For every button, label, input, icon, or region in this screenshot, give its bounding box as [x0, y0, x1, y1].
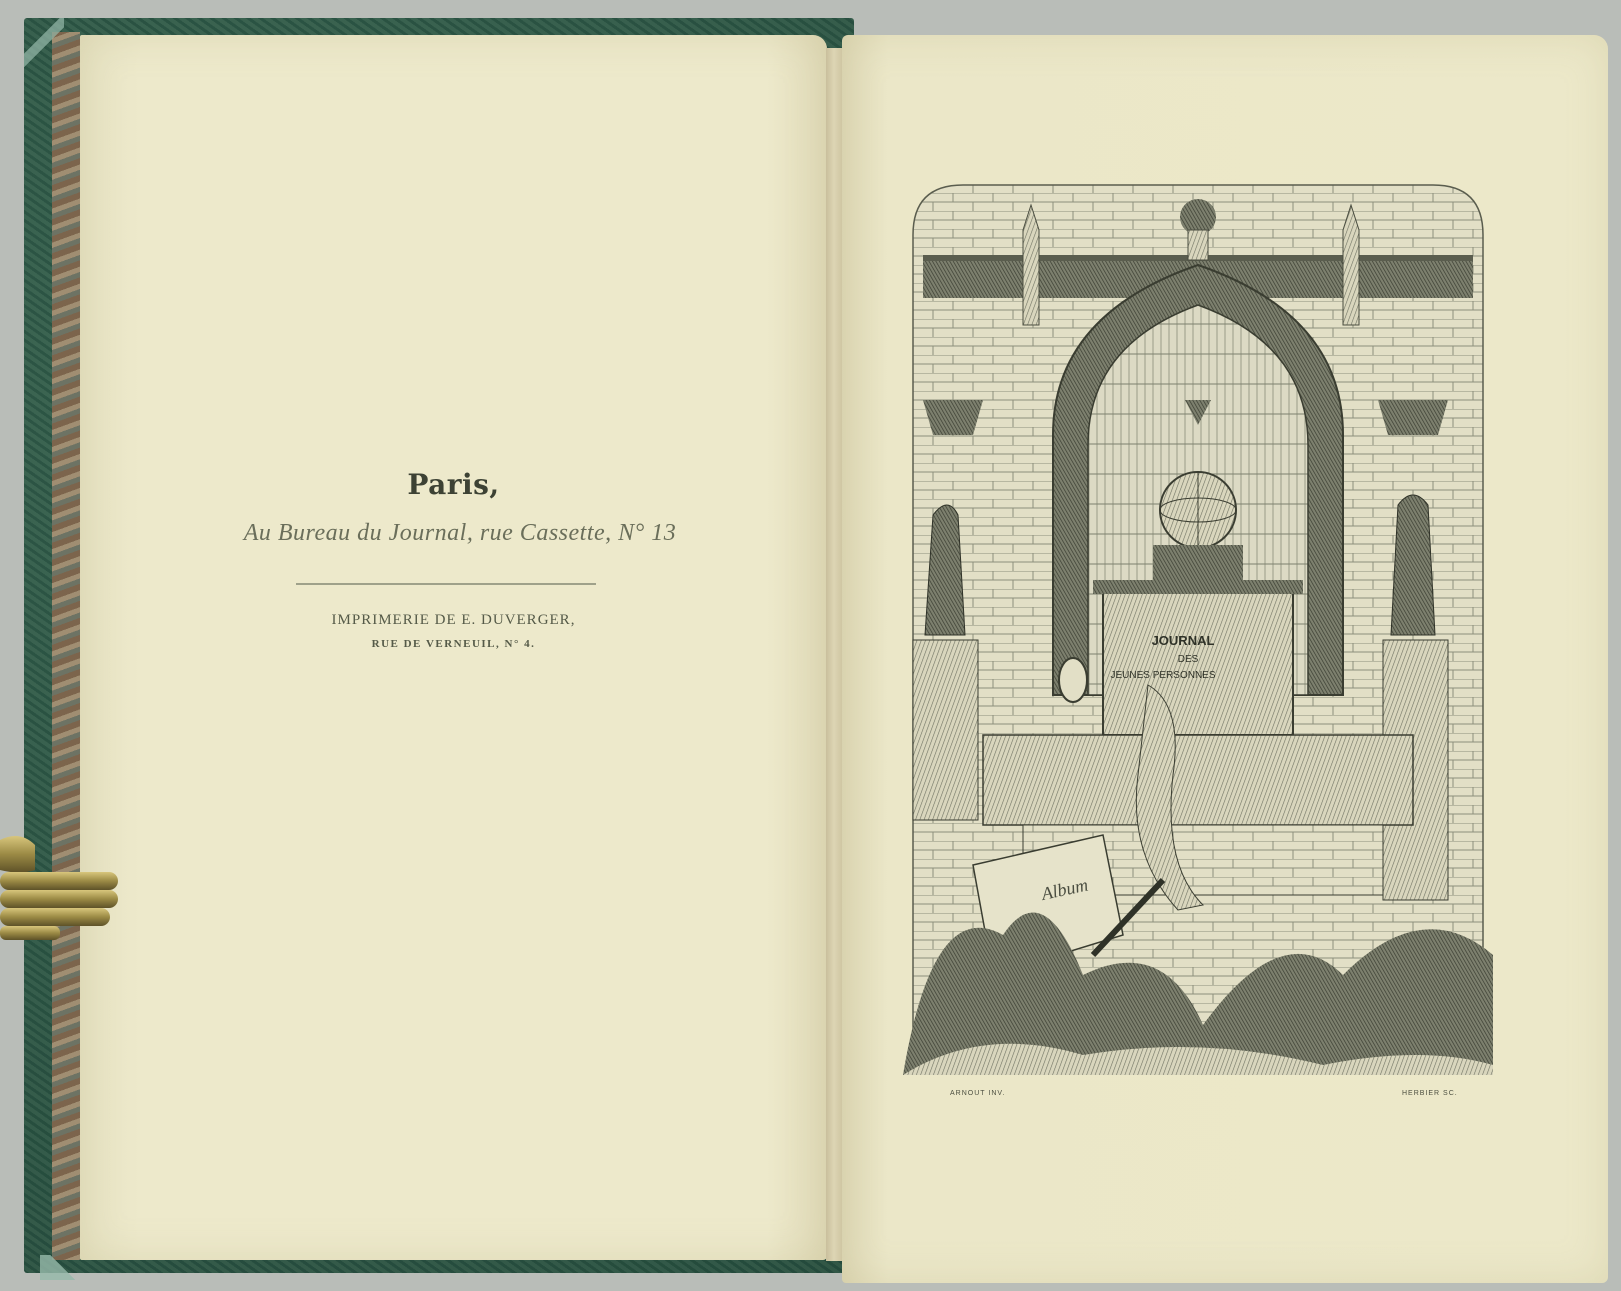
imprint-address: Au Bureau du Journal, rue Cassette, N° 1…: [130, 520, 790, 547]
inscription-journal: JOURNAL: [1152, 633, 1215, 648]
printer-address: RUE DE VERNEUIL, N° 4.: [80, 638, 827, 650]
marbled-endpaper: [52, 32, 80, 1260]
imprint-rule: [296, 583, 596, 585]
inscription-jeunes-personnes: JEUNES PERSONNES: [1110, 670, 1215, 681]
frontispiece-engraving: JOURNAL DES JEUNES PERSONNES Album: [903, 175, 1493, 1075]
brass-clasp: [0, 830, 125, 940]
book-photo: Paris, Au Bureau du Journal, rue Cassett…: [0, 0, 1621, 1291]
book-gutter: [826, 48, 842, 1261]
cover-corner-bottom: [40, 1255, 85, 1280]
printer-name: IMPRIMERIE DE E. DUVERGER,: [80, 612, 827, 629]
imprint-city: Paris,: [80, 468, 827, 501]
engraving-credit-designer: ARNOUT INV.: [950, 1090, 1005, 1097]
engraving-credit-engraver: HERBIER SC.: [1402, 1090, 1458, 1097]
cover-corner-top: [24, 18, 64, 68]
inscription-des: DES: [1178, 654, 1199, 665]
